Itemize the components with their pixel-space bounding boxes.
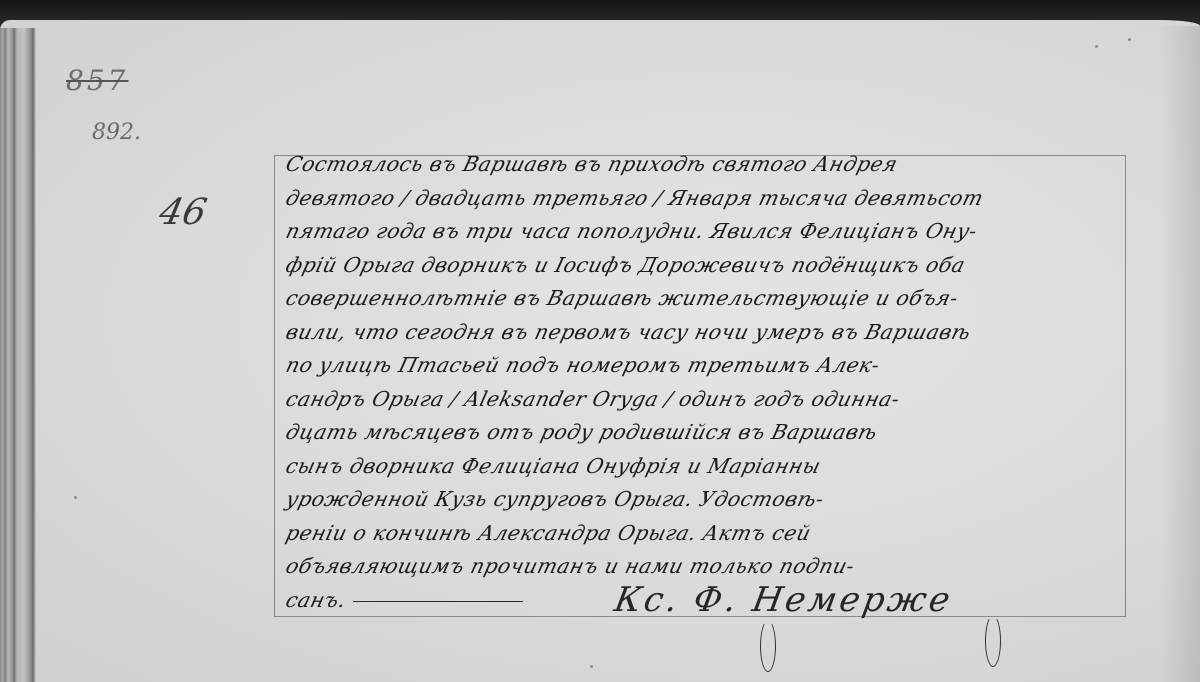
old-folio-number: 857 — [66, 64, 128, 97]
new-folio-number: 892. — [92, 120, 141, 145]
record-line: Состоялось въ Варшавѣ въ приходѣ святого… — [282, 148, 1150, 182]
signature-flourish — [985, 615, 1001, 667]
record-line: реніи о кончинѣ Александра Орыга. Актъ с… — [282, 517, 1150, 551]
record-body: Состоялось въ Варшавѣ въ приходѣ святого… — [282, 148, 1142, 617]
paper-speck — [1095, 45, 1098, 48]
paper-speck — [590, 665, 593, 668]
record-closing-word: санъ. — [283, 588, 348, 612]
paper-speck — [74, 496, 77, 499]
record-line: урожденной Кузь супруговъ Орыга. Удостов… — [282, 483, 1150, 517]
record-line: вили, что сегодня въ первомъ часу ночи у… — [282, 316, 1150, 350]
record-line: дцать мѣсяцевъ отъ роду родившійся въ Ва… — [282, 416, 1150, 450]
record-line: пятаго года въ три часа пополудни. Явилс… — [282, 215, 1150, 249]
entry-number: 46 — [156, 192, 211, 233]
record-line: совершеннолѣтніе въ Варшавѣ жительствующ… — [282, 282, 1150, 316]
record-line: девятого / двадцать третьяго / Января ты… — [282, 182, 1150, 216]
record-line: по улицѣ Птасьей подъ номеромъ третьимъ … — [282, 349, 1150, 383]
record-line: объявляющимъ прочитанъ и нами только под… — [282, 550, 1150, 584]
record-line: сынъ дворника Фелиціана Онуфрія и Маріан… — [282, 450, 1150, 484]
record-line: сандръ Орыга / Aleksander Oryga / одинъ … — [282, 383, 1150, 417]
priest-signature: Кс. Ф. Немерже — [611, 580, 955, 620]
book-binding-edge — [0, 28, 36, 682]
record-line: фрій Орыга дворникъ и Іосифъ Дорожевичъ … — [282, 249, 1150, 283]
scanned-document: 857 892. 46 Состоялось въ Варшавѣ въ при… — [0, 0, 1200, 682]
paper-speck — [1128, 38, 1131, 41]
signature-flourish — [760, 620, 776, 672]
page-right-edge — [1160, 26, 1200, 682]
closing-rule — [353, 601, 523, 602]
